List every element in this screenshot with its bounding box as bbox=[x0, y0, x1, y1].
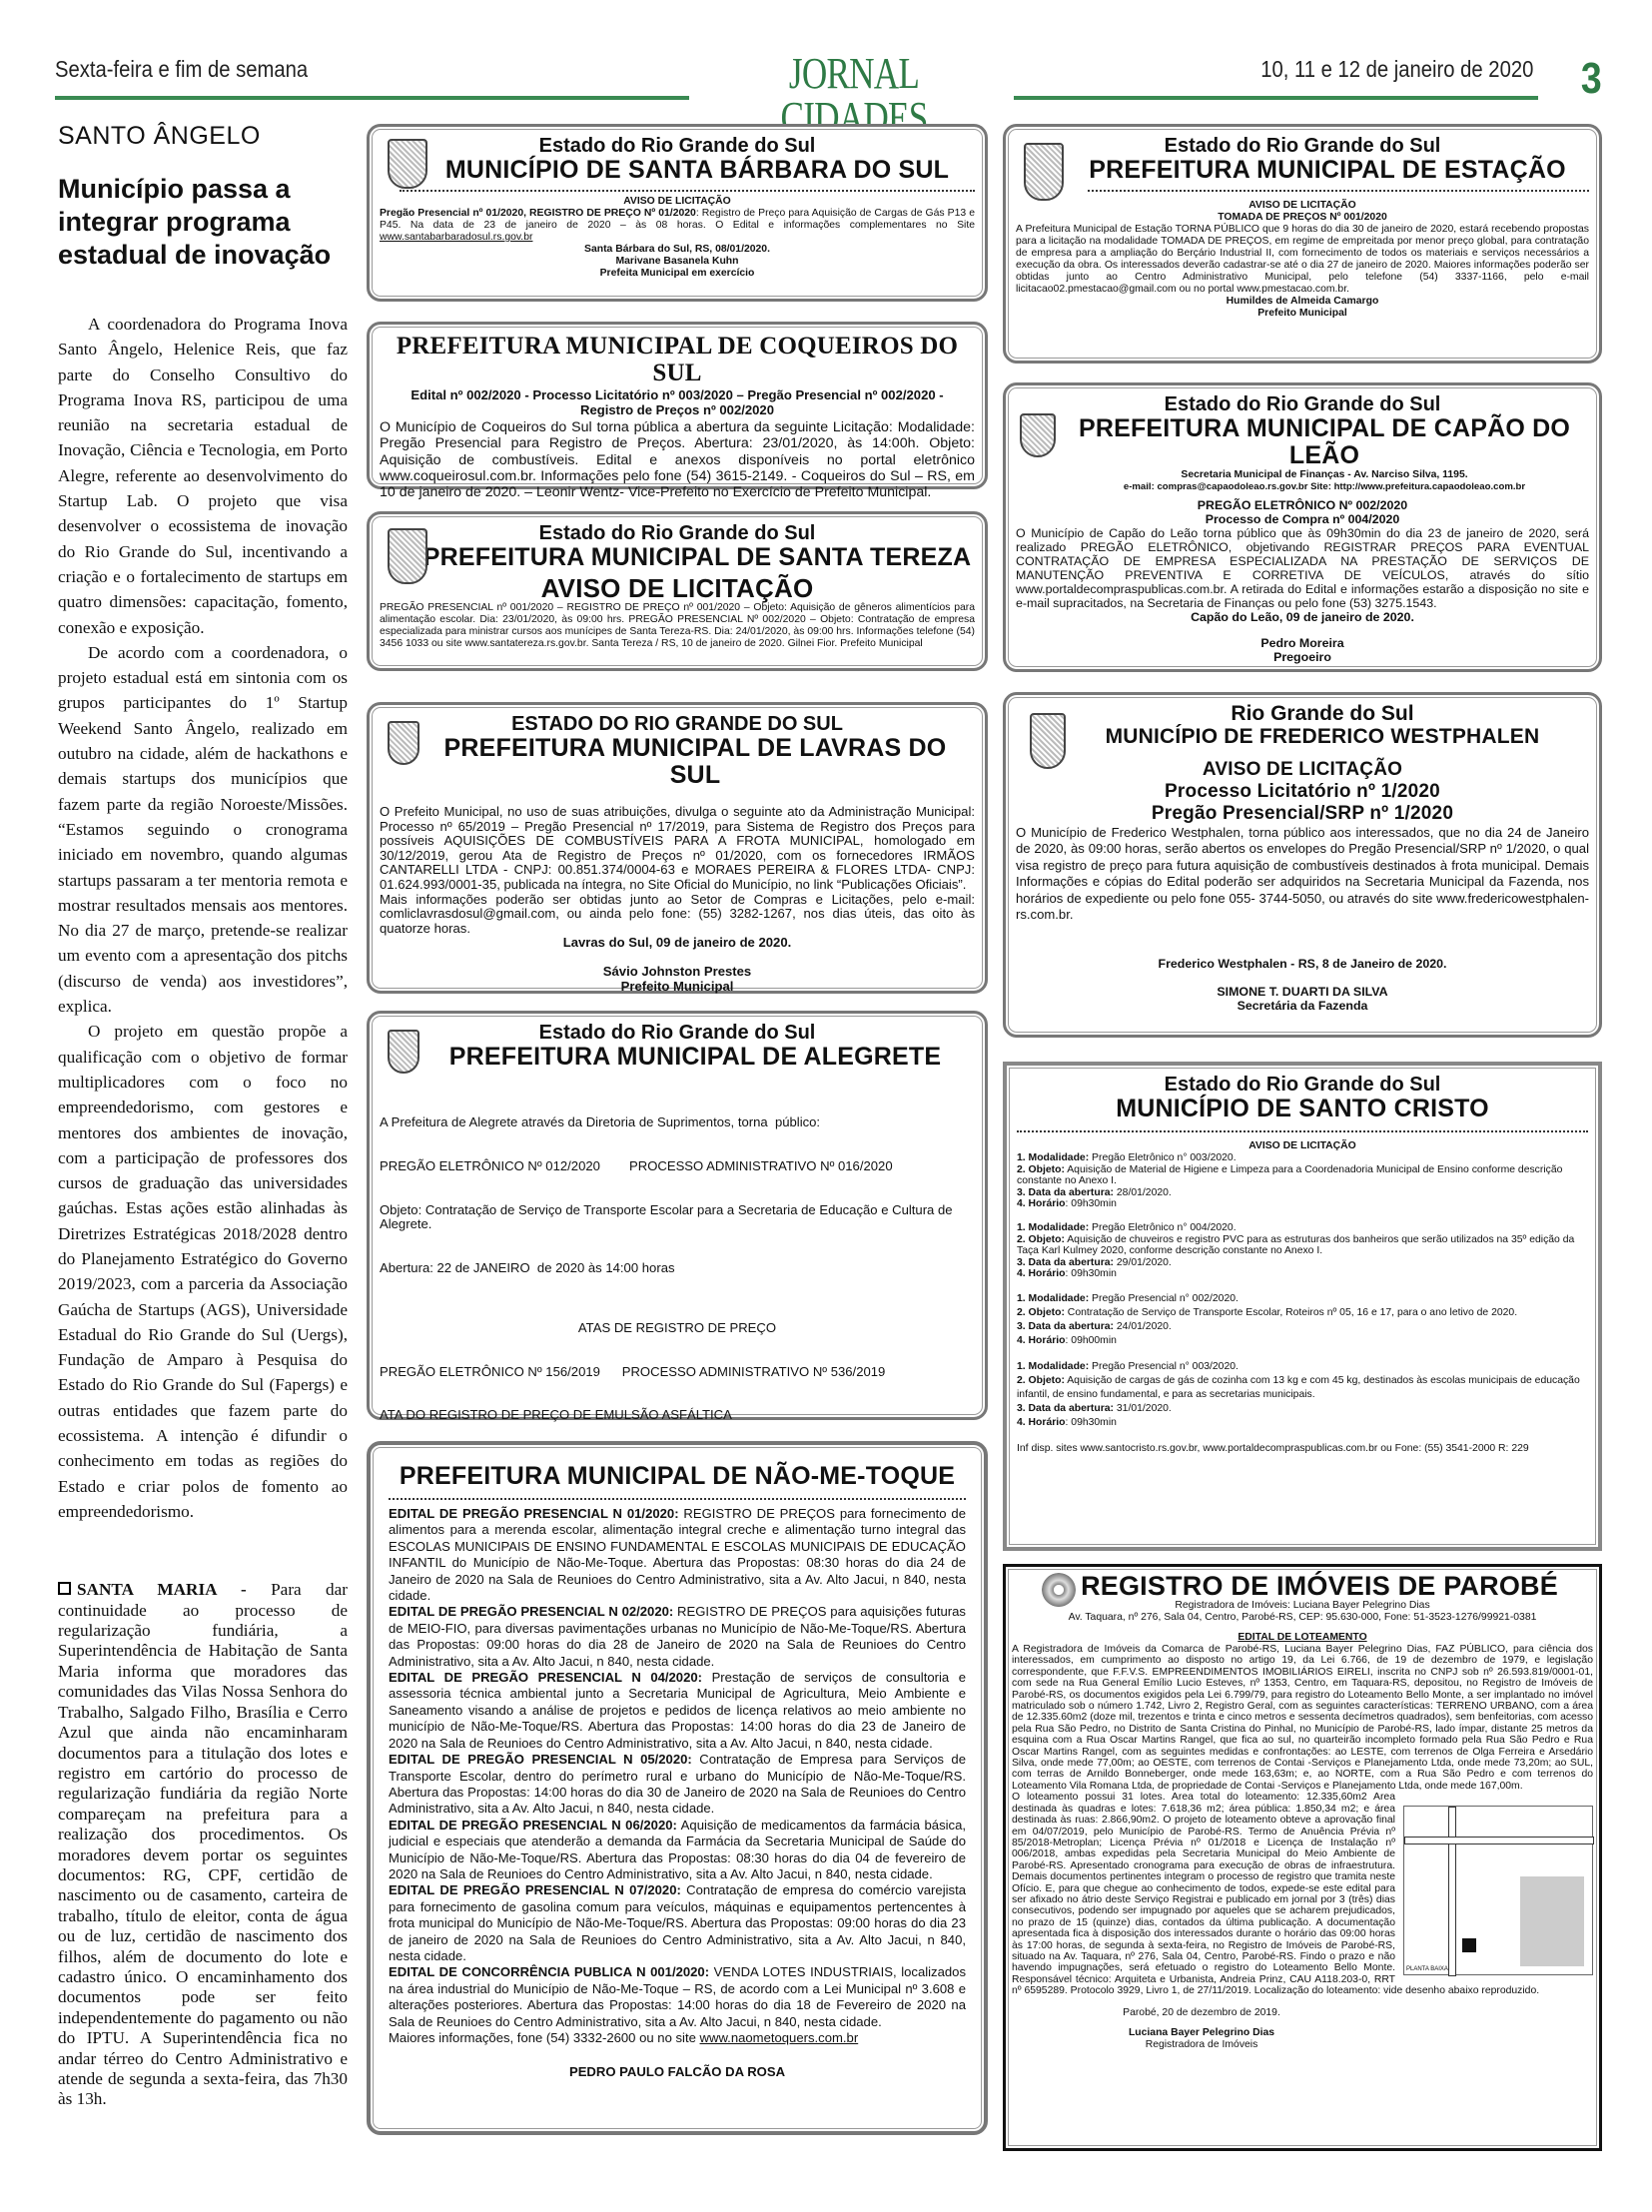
edital-label: EDITAL DE PREGÃO PRESENCIAL N 05/2020: bbox=[389, 1752, 692, 1767]
masthead: Sexta-feira e fim de semana JORNAL CIDAD… bbox=[55, 52, 1603, 112]
notice-state: Rio Grande do Sul bbox=[1016, 703, 1589, 725]
field-value: Pregão Presencial n° 002/2020. bbox=[1089, 1293, 1239, 1304]
notice-title: MUNICÍPIO DE SANTO CRISTO bbox=[1017, 1096, 1588, 1122]
field-label: 1. Modalidade: bbox=[1017, 1293, 1089, 1304]
notice-santo-cristo: Estado do Rio Grande do Sul MUNICÍPIO DE… bbox=[1003, 1062, 1602, 1551]
plan-area bbox=[1520, 1876, 1584, 1966]
notice-subtitle: Edital nº 002/2020 - Processo Licitatóri… bbox=[390, 388, 965, 417]
notice-subtitle: EDITAL DE LOTEAMENTO bbox=[1012, 1632, 1593, 1644]
edition-day: Sexta-feira e fim de semana bbox=[55, 56, 308, 83]
notice-subtitle: AVISO DE LICITAÇÃO bbox=[380, 196, 975, 208]
coat-of-arms-icon bbox=[388, 721, 419, 765]
article-paragraph: De acordo com a coordenadora, o projeto … bbox=[58, 640, 348, 1019]
field-label: 3. Data da abertura: bbox=[1017, 1187, 1114, 1198]
notice-santa-tereza: Estado do Rio Grande do Sul PREFEITURA M… bbox=[367, 511, 988, 671]
plan-road bbox=[1448, 1807, 1456, 1976]
notice-line: PREGÃO ELETRÔNICO Nº 012/2020 PROCESSO A… bbox=[380, 1159, 975, 1174]
notice-subtitle: TOMADA DE PREÇOS Nº 001/2020 bbox=[1016, 212, 1589, 224]
notice-place-date: Frederico Westphalen - RS, 8 de Janeiro … bbox=[1016, 957, 1589, 971]
field-value: : 09h30min bbox=[1066, 1198, 1117, 1209]
notice-body: O Município de Frederico Westphalen, tor… bbox=[1016, 825, 1589, 923]
field-label: 1. Modalidade: bbox=[1017, 1222, 1089, 1233]
notice-place-date: Parobé, 20 de dezembro de 2019. bbox=[1012, 2007, 1391, 2019]
field-value: 28/01/2020. bbox=[1114, 1187, 1172, 1198]
notice-body-bold: Pregão Presencial nº 01/2020, REGISTRO D… bbox=[380, 208, 696, 219]
notice-title: PREFEITURA MUNICIPAL DE ALEGRETE bbox=[380, 1044, 975, 1071]
coat-of-arms-icon bbox=[388, 528, 427, 584]
edital-label: EDITAL DE PREGÃO PRESENCIAL N 06/2020: bbox=[389, 1818, 677, 1833]
field-label: 4. Horário bbox=[1017, 1417, 1066, 1428]
notice-subtitle: Pregão Presencial/SRP nº 1/2020 bbox=[1016, 803, 1589, 825]
notice-footer: Inf disp. sites www.santocristo.rs.gov.b… bbox=[1017, 1442, 1588, 1456]
article-body: A coordenadora do Programa Inova Santo Â… bbox=[58, 312, 348, 1524]
edital-label: EDITAL DE CONCORRÊNCIA PUBLICA N 001/202… bbox=[389, 1964, 709, 1979]
notice-title: PREFEITURA MUNICIPAL DE COQUEIROS DO SUL bbox=[380, 333, 975, 386]
field-value: Pregão Eletrônico n° 003/2020. bbox=[1089, 1152, 1236, 1163]
notice-state: ESTADO DO RIO GRANDE DO SUL bbox=[380, 713, 975, 735]
notice-signer-role: Prefeito Municipal bbox=[1016, 308, 1589, 320]
brief-text: Para dar continuidade ao processo de reg… bbox=[58, 1580, 348, 2108]
field-value: 29/01/2020. bbox=[1114, 1257, 1172, 1268]
notice-signer: Luciana Bayer Pelegrino Dias bbox=[1012, 2027, 1391, 2039]
notice-title: REGISTRO DE IMÓVEIS DE PAROBÉ bbox=[1012, 1573, 1593, 1600]
notice-coqueiros-do-sul: PREFEITURA MUNICIPAL DE COQUEIROS DO SUL… bbox=[367, 322, 988, 489]
notice-title: MUNICÍPIO DE SANTA BÁRBARA DO SUL bbox=[380, 157, 975, 184]
section-label: SANTO ÂNGELO bbox=[58, 122, 348, 151]
notice-title: PREFEITURA MUNICIPAL DE CAPÃO DO LEÃO bbox=[1016, 415, 1589, 469]
notice-state: Estado do Rio Grande do Sul bbox=[1016, 135, 1589, 157]
registrar-address: Av. Taquara, nº 276, Sala 04, Centro, Pa… bbox=[1012, 1612, 1593, 1624]
notice-line: Objeto: Contratação de Serviço de Transp… bbox=[380, 1203, 975, 1232]
notice-alegrete: Estado do Rio Grande do Sul PREFEITURA M… bbox=[367, 1011, 988, 1420]
notice-nao-me-toque: PREFEITURA MUNICIPAL DE NÃO-ME-TOQUE EDI… bbox=[367, 1441, 988, 2135]
field-value: 24/01/2020. bbox=[1114, 1321, 1172, 1332]
coat-of-arms-icon bbox=[388, 139, 427, 189]
site-plan-drawing: PLANTA BAIXA bbox=[1403, 1806, 1593, 1975]
notice-subtitle: ATAS DE REGISTRO DE PREÇO bbox=[380, 1321, 975, 1336]
field-value: : 09h30min bbox=[1066, 1268, 1117, 1279]
notice-subtitle: Processo Licitatório nº 1/2020 bbox=[1016, 781, 1589, 803]
plan-label: PLANTA BAIXA bbox=[1406, 1966, 1448, 1972]
edital-label: EDITAL DE PREGÃO PRESENCIAL N 01/2020: bbox=[389, 1506, 679, 1521]
field-value: Pregão Eletrônico n° 004/2020. bbox=[1089, 1222, 1236, 1233]
field-value: Aquisição de chuveiros e registro PVC pa… bbox=[1017, 1234, 1574, 1257]
page-number: 3 bbox=[1580, 54, 1601, 104]
field-label: 3. Data da abertura: bbox=[1017, 1321, 1114, 1332]
website-link[interactable]: www.santabarbaradosul.rs.gov.br bbox=[380, 232, 532, 243]
notice-contact: Mais informações poderão ser obtidas jun… bbox=[380, 893, 975, 937]
bid-block: 1. Modalidade: Pregão Presencial n° 003/… bbox=[1017, 1360, 1588, 1430]
notice-signer-role: Prefeita Municipal em exercício bbox=[380, 268, 975, 280]
rule-left bbox=[55, 96, 689, 100]
article-headline: Município passa a integrar programa esta… bbox=[58, 173, 348, 272]
edition-date: 10, 11 e 12 de janeiro de 2020 bbox=[1260, 56, 1533, 83]
notice-frederico-westphalen: Rio Grande do Sul MUNICÍPIO DE FREDERICO… bbox=[1003, 692, 1602, 1038]
plan-road bbox=[1404, 1837, 1594, 1844]
field-label: 4. Horário bbox=[1017, 1268, 1066, 1279]
field-label: 2. Objeto: bbox=[1017, 1307, 1065, 1318]
dotted-divider bbox=[1017, 1130, 1588, 1132]
bid-block: 1. Modalidade: Pregão Eletrônico n° 004/… bbox=[1017, 1222, 1588, 1280]
field-value: Aquisição de cargas de gás de cozinha co… bbox=[1017, 1375, 1580, 1400]
notice-subtitle: AVISO DE LICITAÇÃO bbox=[380, 575, 975, 602]
field-value: Pregão Presencial n° 003/2020. bbox=[1089, 1361, 1239, 1372]
notice-state: Estado do Rio Grande do Sul bbox=[1016, 393, 1589, 415]
coat-of-arms-icon bbox=[388, 1030, 419, 1074]
coat-of-arms-icon bbox=[1024, 143, 1064, 201]
news-brief: SANTA MARIA - Para dar continuidade ao p… bbox=[58, 1580, 348, 2110]
registrar-name: Registradora de Imóveis: Luciana Bayer P… bbox=[1012, 1600, 1593, 1612]
notice-title: PREFEITURA MUNICIPAL DE ESTAÇÃO bbox=[1016, 157, 1589, 184]
notice-address: Secretaria Municipal de Finanças - Av. N… bbox=[1016, 469, 1589, 481]
field-label: 4. Horário bbox=[1017, 1335, 1066, 1346]
edital-label: EDITAL DE PREGÃO PRESENCIAL N 02/2020: bbox=[389, 1604, 673, 1619]
bid-block: 1. Modalidade: Pregão Eletrônico n° 003/… bbox=[1017, 1152, 1588, 1210]
plan-marker bbox=[1462, 1938, 1476, 1952]
notice-state: Estado do Rio Grande do Sul bbox=[380, 1022, 975, 1044]
notice-place-date: Santa Bárbara do Sul, RS, 08/01/2020. bbox=[380, 244, 975, 256]
article-paragraph: O projeto em questão propõe a qualificaç… bbox=[58, 1019, 348, 1524]
notice-line: PREGÃO ELETRÔNICO Nº 156/2019 PROCESSO A… bbox=[380, 1365, 975, 1380]
notice-lavras-do-sul: ESTADO DO RIO GRANDE DO SUL PREFEITURA M… bbox=[367, 702, 988, 994]
notice-line: ATA DO REGISTRO DE PREÇO DE EMULSÃO ASFÁ… bbox=[380, 1408, 975, 1423]
field-label: 2. Objeto: bbox=[1017, 1164, 1065, 1175]
notice-state: Estado do Rio Grande do Sul bbox=[380, 522, 975, 544]
article-column: SANTO ÂNGELO Município passa a integrar … bbox=[58, 122, 348, 2110]
notice-signer: SIMONE T. DUARTI DA SILVA bbox=[1016, 985, 1589, 999]
field-value: Aquisição de Material de Higiene e Limpe… bbox=[1017, 1164, 1562, 1187]
notice-title: PREFEITURA MUNICIPAL DE SANTA TEREZA bbox=[380, 544, 975, 571]
notice-subtitle: AVISO DE LICITAÇÃO bbox=[1016, 200, 1589, 212]
notice-capao-do-leao: Estado do Rio Grande do Sul PREFEITURA M… bbox=[1003, 382, 1602, 672]
field-label: 2. Objeto: bbox=[1017, 1375, 1065, 1386]
notice-body: O Município de Coqueiros do Sul torna pú… bbox=[380, 419, 975, 500]
notice-body: O Prefeito Municipal, no uso de suas atr… bbox=[380, 805, 975, 893]
notice-signer: Marivane Basanela Kuhn bbox=[380, 256, 975, 268]
checkbox-bullet-icon bbox=[58, 1582, 71, 1595]
notice-body: A Prefeitura Municipal de Estação TORNA … bbox=[1016, 224, 1589, 296]
notice-state: Estado do Rio Grande do Sul bbox=[380, 135, 975, 157]
notice-parobe: REGISTRO DE IMÓVEIS DE PAROBÉ Registrado… bbox=[1003, 1564, 1602, 2151]
notice-contact: e-mail: compras@capaodoleao.rs.gov.br Si… bbox=[1016, 481, 1589, 492]
coat-of-arms-icon bbox=[1020, 413, 1056, 457]
notice-subtitle: AVISO DE LICITAÇÃO bbox=[1017, 1140, 1588, 1152]
field-label: 3. Data da abertura: bbox=[1017, 1403, 1114, 1414]
notice-place-date: Lavras do Sul, 09 de janeiro de 2020. bbox=[380, 936, 975, 951]
notice-line: A Prefeitura de Alegrete através da Dire… bbox=[380, 1115, 975, 1130]
brief-label: SANTA MARIA - bbox=[77, 1580, 247, 1599]
dotted-divider bbox=[400, 190, 975, 192]
notice-subtitle: AVISO DE LICITAÇÃO bbox=[1016, 759, 1589, 781]
notice-body: O Município de Capão do Leão torna públi… bbox=[1016, 526, 1589, 610]
field-value: : 09h30min bbox=[1066, 1417, 1117, 1428]
bid-block: 1. Modalidade: Pregão Presencial n° 002/… bbox=[1017, 1292, 1588, 1348]
edital-label: EDITAL DE PREGÃO PRESENCIAL N 04/2020: bbox=[389, 1670, 702, 1685]
notice-title: PREFEITURA MUNICIPAL DE LAVRAS DO SUL bbox=[380, 735, 975, 789]
notice-state: Estado do Rio Grande do Sul bbox=[1017, 1074, 1588, 1096]
notice-signer: Humildes de Almeida Camargo bbox=[1016, 296, 1589, 308]
coat-of-arms-icon bbox=[1030, 713, 1066, 769]
rule-right bbox=[1014, 96, 1538, 100]
notice-subtitle: PREGÃO ELETRÔNICO Nº 002/2020 bbox=[1016, 498, 1589, 512]
notice-subtitle: Processo de Compra nº 004/2020 bbox=[1016, 512, 1589, 526]
notice-signer-role: Pregoeiro bbox=[1016, 650, 1589, 664]
notice-signer: Pedro Moreira bbox=[1016, 636, 1589, 650]
notice-santa-barbara: Estado do Rio Grande do Sul MUNICÍPIO DE… bbox=[367, 124, 988, 302]
article-paragraph: A coordenadora do Programa Inova Santo Â… bbox=[58, 312, 348, 640]
field-value: : 09h00min bbox=[1066, 1335, 1117, 1346]
brazil-coat-of-arms-icon bbox=[1042, 1573, 1076, 1607]
notice-place-date: Capão do Leão, 09 de janeiro de 2020. bbox=[1016, 610, 1589, 624]
dotted-divider bbox=[389, 1498, 966, 1500]
notice-signer: PEDRO PAULO FALCÃO DA ROSA bbox=[389, 2064, 966, 2080]
contact-info: Maiores informações, fone (54) 3332-2600… bbox=[389, 2030, 700, 2045]
edital-label: EDITAL DE PREGÃO PRESENCIAL N 07/2020: bbox=[389, 1882, 681, 1897]
notice-body: PREGÃO PRESENCIAL nº 001/2020 – REGISTRO… bbox=[380, 602, 975, 650]
notice-signer-role: Registradora de Imóveis bbox=[1012, 2039, 1391, 2051]
notice-signer-role: Prefeito Municipal bbox=[380, 980, 975, 995]
notice-title: MUNICÍPIO DE FREDERICO WESTPHALEN bbox=[1016, 725, 1589, 749]
field-label: 1. Modalidade: bbox=[1017, 1361, 1089, 1372]
field-label: 3. Data da abertura: bbox=[1017, 1257, 1114, 1268]
notice-title: PREFEITURA MUNICIPAL DE NÃO-ME-TOQUE bbox=[381, 1463, 974, 1490]
website-link[interactable]: www.naometoquers.com.br bbox=[700, 2030, 859, 2045]
notice-line: Abertura: 22 de JANEIRO de 2020 às 14:00… bbox=[380, 1261, 975, 1276]
field-label: 4. Horário bbox=[1017, 1198, 1066, 1209]
field-value: 31/01/2020. bbox=[1114, 1403, 1172, 1414]
notice-signer-role: Secretária da Fazenda bbox=[1016, 999, 1589, 1013]
notice-body: A Registradora de Imóveis da Comarca de … bbox=[1012, 1644, 1593, 1792]
notice-estacao: Estado do Rio Grande do Sul PREFEITURA M… bbox=[1003, 124, 1602, 364]
dotted-divider bbox=[1088, 190, 1589, 192]
field-label: 1. Modalidade: bbox=[1017, 1152, 1089, 1163]
field-label: 2. Objeto: bbox=[1017, 1234, 1065, 1245]
notice-signer: Sávio Johnston Prestes bbox=[380, 965, 975, 980]
field-value: Contratação de Serviço de Transporte Esc… bbox=[1065, 1307, 1517, 1318]
